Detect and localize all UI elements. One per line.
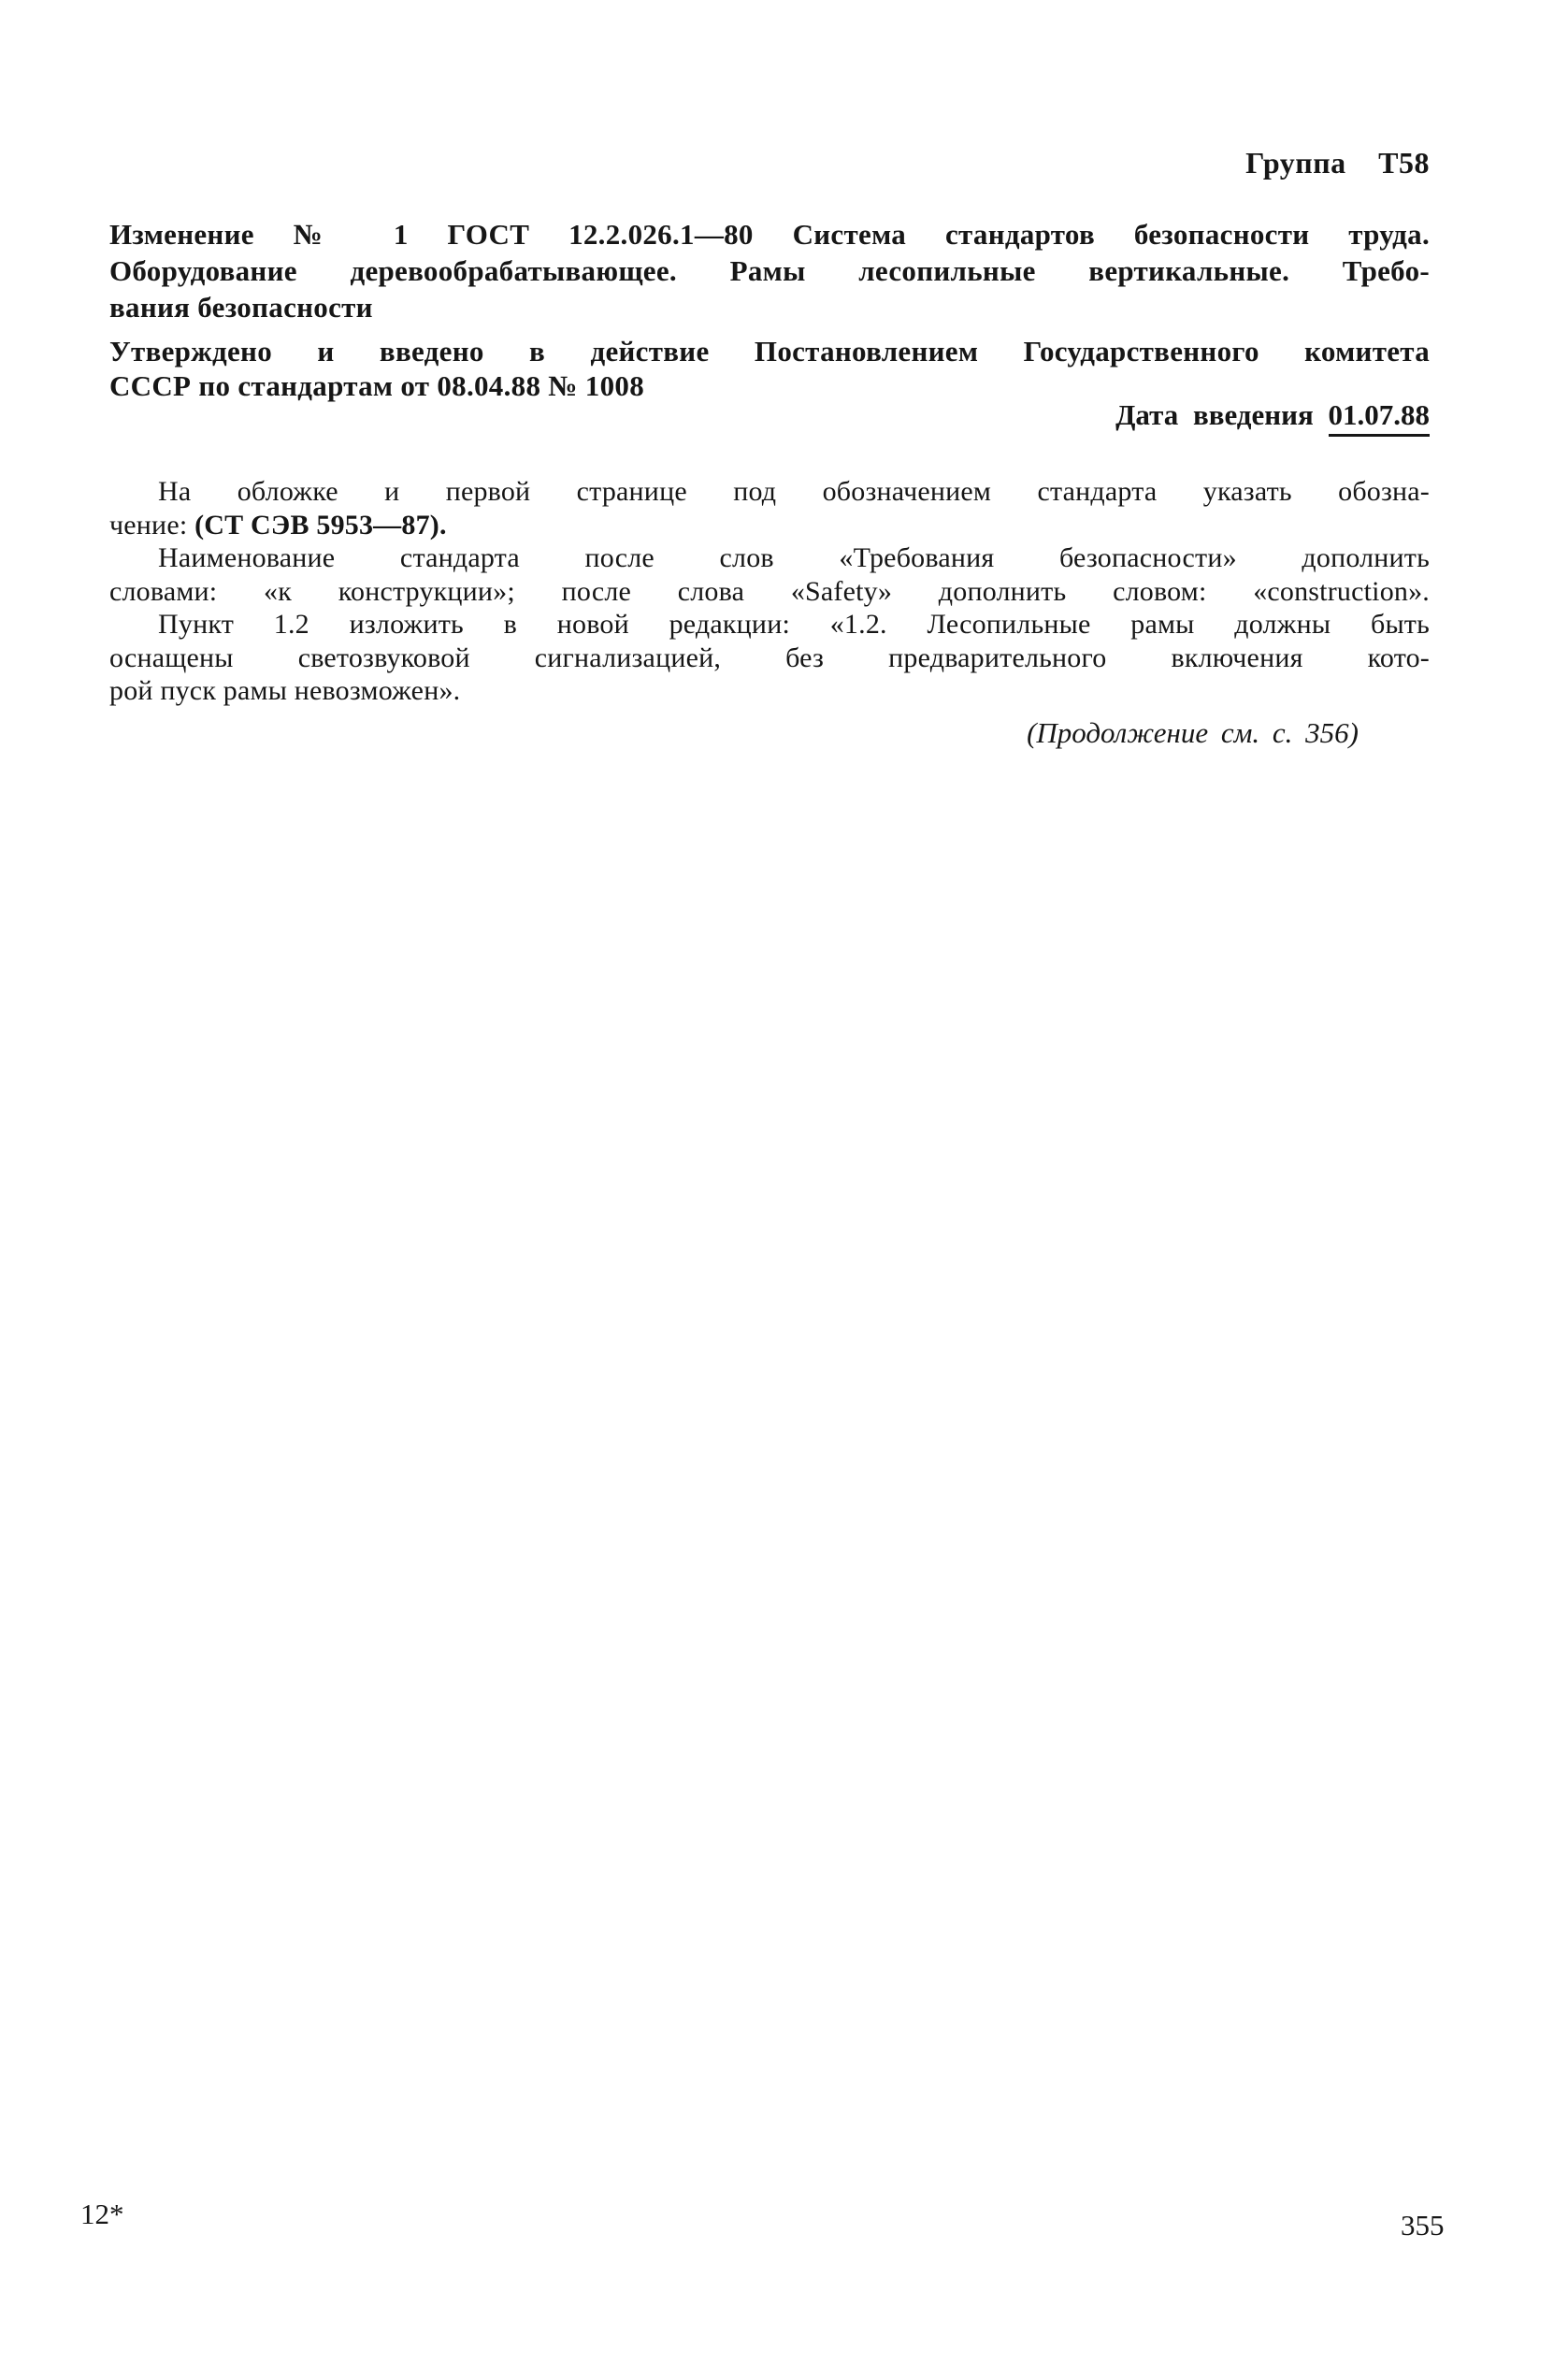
heading-line-2: Оборудование деревообрабатывающее. Рамы … [109, 252, 1430, 289]
para1-line-2: чение: (СТ СЭВ 5953—87). [109, 509, 1430, 542]
para3-line-2: оснащены светозвуковой сигнализацией, бе… [109, 641, 1430, 675]
para2-line-2: словами: «к конструкции»; после слова «S… [109, 575, 1430, 609]
effective-date-label: Дата введения [1115, 398, 1314, 431]
group-label: Группа Т58 [109, 146, 1430, 180]
amendment-body: На обложке и первой странице под обознач… [109, 475, 1430, 708]
para3-line-1: Пункт 1.2 изложить в новой редакции: «1.… [109, 608, 1430, 641]
effective-date-value: 01.07.88 [1329, 398, 1431, 437]
approval-statement: Утверждено и введено в действие Постанов… [109, 334, 1430, 403]
para2-line-1: Наименование стандарта после слов «Требо… [109, 541, 1430, 575]
printer-signature-mark: 12* [80, 2198, 124, 2231]
continuation-note: (Продолжение см. с. 356) [109, 716, 1359, 750]
page-number: 355 [1401, 2209, 1445, 2242]
heading-line-1: Изменение № 1 ГОСТ 12.2.026.1—80 Система… [109, 216, 1430, 252]
para1-line2-designation: (СТ СЭВ 5953—87). [194, 510, 447, 541]
para3-line-3: рой пуск рамы невозможен». [109, 674, 1430, 708]
heading-line-3: вания безопасности [109, 289, 1430, 325]
para1-line-1: На обложке и первой странице под обознач… [109, 475, 1430, 509]
para1-line2-prefix: чение: [109, 510, 194, 541]
document-page: Группа Т58 Изменение № 1 ГОСТ 12.2.026.1… [0, 0, 1568, 2364]
approval-line-1: Утверждено и введено в действие Постанов… [109, 334, 1430, 368]
standard-heading: Изменение № 1 ГОСТ 12.2.026.1—80 Система… [109, 216, 1430, 325]
effective-date-line: Дата введения 01.07.88 [109, 398, 1430, 432]
